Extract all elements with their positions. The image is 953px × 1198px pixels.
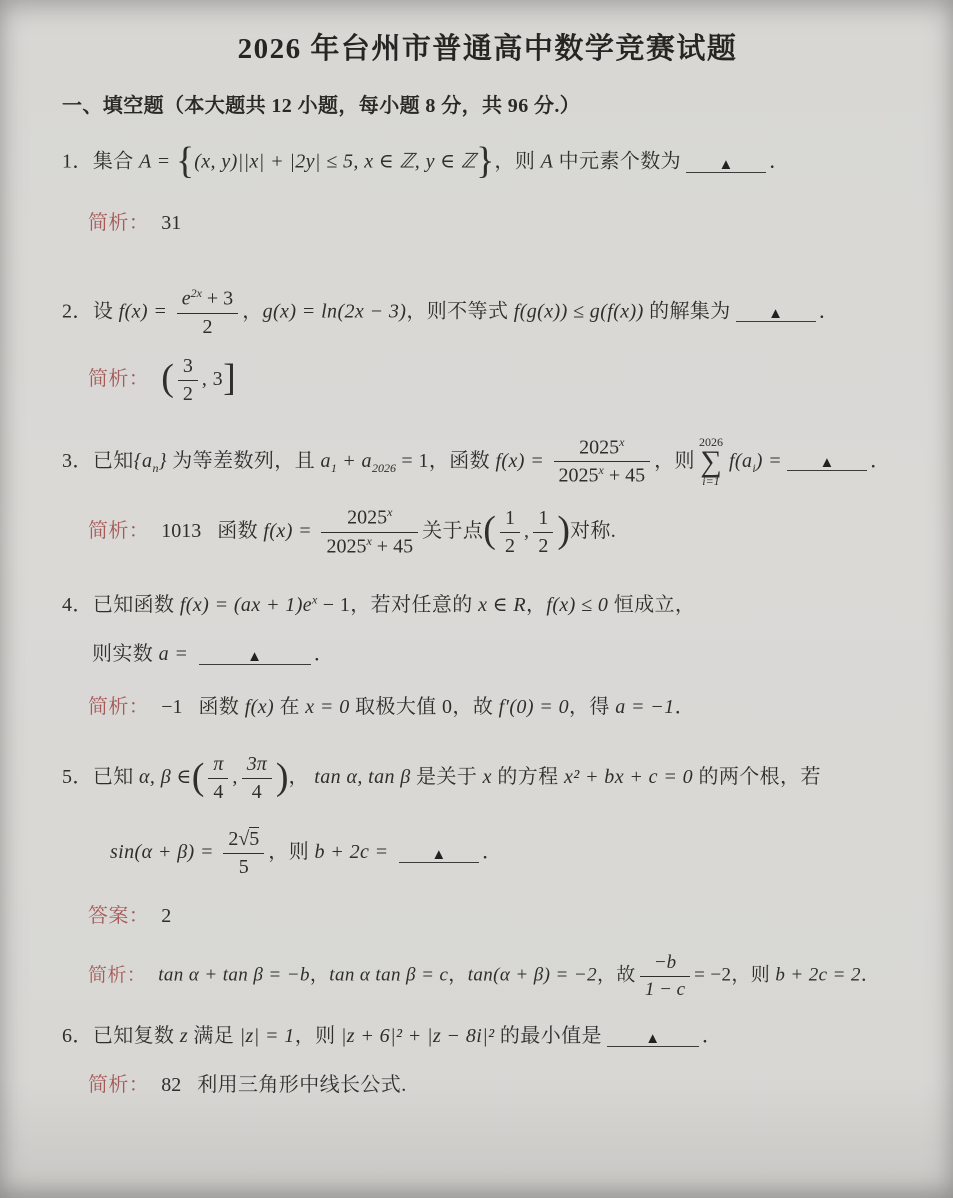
math-expression: 2025 xyxy=(579,436,619,458)
answer-3: 简析：1013函数 f(x) = 2025x2025x + 45关于点(12,1… xyxy=(62,506,913,558)
math-expression: + 3 xyxy=(202,288,233,310)
question-number: 2． xyxy=(62,300,93,322)
math-expression: A xyxy=(541,151,554,173)
question-text: 则实数 xyxy=(92,643,159,665)
analysis-label: 简析： xyxy=(88,965,146,986)
question-text: 集合 xyxy=(93,151,139,173)
answer-blank: ▲ xyxy=(736,301,816,322)
math-expression: sin(α + β) = xyxy=(110,841,219,863)
question-text: 已知函数 xyxy=(93,594,180,616)
question-text: 已知 xyxy=(93,766,139,788)
analysis-text: 对称. xyxy=(570,520,616,542)
analysis-text: 取极大值 0，故 xyxy=(350,696,499,718)
fraction: π4 xyxy=(208,753,228,804)
sum-lower-limit: i=1 xyxy=(702,475,719,487)
math-expression: a xyxy=(320,449,330,471)
math-expression: 2025 xyxy=(559,465,599,487)
denominator: 2025x + 45 xyxy=(321,533,418,559)
denominator: 2 xyxy=(533,533,553,558)
question-4-line2: 则实数 a = ▲． xyxy=(62,637,913,666)
analysis-label: 简析： xyxy=(88,696,149,718)
math-expression: f′(0) = 0 xyxy=(499,696,569,718)
right-paren: ) xyxy=(276,756,289,798)
numerator: 2025x xyxy=(321,506,418,533)
math-expression: + a xyxy=(337,449,372,471)
fraction: 32 xyxy=(178,355,198,406)
question-text: 为等差数列，且 xyxy=(167,449,321,471)
math-expression: f(x) = xyxy=(263,520,317,542)
period: ． xyxy=(819,300,839,322)
math-expression: g(x) = ln(2x − 3) xyxy=(263,300,407,322)
math-expression: = −2 xyxy=(694,965,731,986)
math-expression: = 1 xyxy=(396,449,429,471)
question-text: 中元素个数为 xyxy=(553,151,681,173)
question-3: 3．已知{an} 为等差数列，且 a1 + a2026 = 1，函数 f(x) … xyxy=(62,436,913,488)
question-text: ，则 xyxy=(654,449,695,471)
numerator: −b xyxy=(640,952,690,977)
sigma-symbol: ∑ xyxy=(700,448,721,475)
math-expression: 2025 xyxy=(347,507,387,529)
math-expression: + 45 xyxy=(604,465,645,487)
triangle-marker: ▲ xyxy=(431,847,446,863)
numerator: π xyxy=(208,753,228,779)
period: ． xyxy=(675,696,695,718)
section-header: 一、填空题（本大题共 12 小题，每小题 8 分，共 96 分.） xyxy=(62,89,913,118)
answer-blank: ▲ xyxy=(686,152,766,173)
answer-value: 2 xyxy=(161,905,171,927)
answer-value: 82 xyxy=(161,1074,181,1096)
question-text: 已知 xyxy=(93,449,134,471)
answer-2: 简析：(32, 3] xyxy=(62,355,913,406)
analysis-text: ， xyxy=(448,965,467,986)
question-text: 的解集为 xyxy=(644,300,731,322)
left-paren: ( xyxy=(161,357,174,399)
math-expression: x = 0 xyxy=(305,696,349,718)
math-expression: |z| = 1 xyxy=(240,1025,295,1047)
question-text: 满足 xyxy=(188,1025,240,1047)
math-expression: f(g(x)) ≤ g(f(x)) xyxy=(514,300,644,322)
math-expression: f(a xyxy=(729,449,752,471)
exponent: x xyxy=(619,435,624,449)
answer-5-value: 答案：2 xyxy=(62,899,913,928)
question-number: 6． xyxy=(62,1025,93,1047)
denominator: 2 xyxy=(178,381,198,406)
triangle-marker: ▲ xyxy=(247,649,262,665)
analysis-text: 利用三角形中线长公式. xyxy=(197,1074,406,1096)
left-paren: ( xyxy=(483,509,496,551)
numerator: 1 xyxy=(533,507,553,533)
analysis-text: 函数 xyxy=(198,696,244,718)
subscript: 2026 xyxy=(372,460,396,474)
math-expression: A = xyxy=(139,151,176,173)
math-expression: a = xyxy=(159,643,194,665)
denominator: 2 xyxy=(177,314,239,339)
math-expression: tan α tan β = c xyxy=(329,965,448,986)
question-text: ，若对任意的 xyxy=(350,594,478,616)
numerator: 1 xyxy=(500,507,520,533)
sequence-open: {a xyxy=(134,449,153,471)
fraction: 12 xyxy=(500,507,520,558)
math-expression: f(x) = xyxy=(495,449,549,471)
denominator: 2 xyxy=(500,533,520,558)
question-text: 恒成立， xyxy=(608,594,695,616)
fraction: 12 xyxy=(533,507,553,558)
math-expression: ) = xyxy=(756,449,782,471)
question-text: ，函数 xyxy=(429,449,496,471)
question-text: ，则不等式 xyxy=(406,300,513,322)
math-expression: e xyxy=(182,288,191,310)
question-text: 的最小值是 xyxy=(495,1025,602,1047)
math-expression: tan α, tan β xyxy=(314,766,410,788)
comma: , xyxy=(232,766,237,788)
exam-content: 2026 年台州市普通高中数学竞赛试题 一、填空题（本大题共 12 小题，每小题… xyxy=(0,0,953,1198)
math-expression: α, β ∈ xyxy=(139,766,192,788)
page-title: 2026 年台州市普通高中数学竞赛试题 xyxy=(62,26,913,67)
analysis-label: 简析： xyxy=(88,212,149,234)
answer-6: 简析：82利用三角形中线长公式. xyxy=(62,1068,913,1097)
exponent: 2x xyxy=(191,286,202,300)
math-expression: f(x) = xyxy=(119,300,173,322)
answer-label: 答案： xyxy=(88,905,149,927)
math-expression: a = −1 xyxy=(615,696,674,718)
analysis-text: ，则 xyxy=(731,965,775,986)
question-text: 已知复数 xyxy=(93,1025,180,1047)
analysis-text: ， xyxy=(310,965,329,986)
period: ． xyxy=(482,841,502,863)
answer-blank: ▲ xyxy=(607,1026,699,1047)
numerator: 3 xyxy=(178,355,198,381)
denominator: 5 xyxy=(223,854,264,879)
question-1: 1．集合 A = {(x, y)||x| + |2y| ≤ 5, x ∈ ℤ, … xyxy=(62,144,913,182)
answer-blank: ▲ xyxy=(399,842,479,863)
analysis-label: 简析： xyxy=(88,1074,149,1096)
period: ． xyxy=(314,643,334,665)
answer-blank: ▲ xyxy=(199,644,311,665)
denominator: 1 − c xyxy=(640,977,690,1001)
math-expression: 2025 xyxy=(326,535,366,557)
analysis-text: 在 xyxy=(274,696,305,718)
analysis-text: ，得 xyxy=(569,696,615,718)
answer-value: 1013 xyxy=(161,520,201,542)
math-expression: tan α + tan β = −b xyxy=(158,965,310,986)
left-paren: ( xyxy=(192,756,205,798)
math-expression: f(x) = (ax + 1)e xyxy=(180,594,312,616)
fraction: 2025x2025x + 45 xyxy=(321,506,418,558)
right-brace: } xyxy=(476,140,494,182)
set-body: (x, y)||x| + |2y| ≤ 5, x ∈ ℤ, y ∈ ℤ xyxy=(194,151,476,173)
analysis-label: 简析： xyxy=(88,520,149,542)
answer-4: 简析：−1函数 f(x) 在 x = 0 取极大值 0，故 f′(0) = 0，… xyxy=(62,690,913,719)
question-number: 3． xyxy=(62,449,93,471)
math-expression: + 45 xyxy=(372,535,413,557)
radical-sign: √ xyxy=(238,828,249,850)
math-expression: x ∈ R xyxy=(478,594,526,616)
answer-value: −1 xyxy=(161,696,182,718)
question-text: 是关于 xyxy=(411,766,483,788)
question-6: 6．已知复数 z 满足 |z| = 1，则 |z + 6|² + |z − 8i… xyxy=(62,1019,913,1048)
denominator: 2025x + 45 xyxy=(554,462,651,488)
exam-paper-photo: 2026 年台州市普通高中数学竞赛试题 一、填空题（本大题共 12 小题，每小题… xyxy=(0,0,953,1198)
triangle-marker: ▲ xyxy=(819,455,834,471)
exponent: x xyxy=(387,505,392,519)
answer-value: , 3 xyxy=(202,368,223,390)
question-number: 1． xyxy=(62,151,93,173)
question-2: 2．设 f(x) = e2x + 32，g(x) = ln(2x − 3)，则不… xyxy=(62,287,913,339)
sequence-close: } xyxy=(158,449,166,471)
analysis-text: 关于点 xyxy=(422,520,483,542)
comma: , xyxy=(524,520,529,542)
question-text: ，则 xyxy=(268,841,314,863)
fraction: 2√55 xyxy=(223,828,264,879)
question-text: ， xyxy=(526,594,546,616)
period: ． xyxy=(870,449,890,471)
math-expression: b + 2c = xyxy=(315,841,394,863)
question-number: 5． xyxy=(62,766,93,788)
fraction: −b1 − c xyxy=(640,952,690,1001)
question-5-line2: sin(α + β) = 2√55，则 b + 2c = ▲． xyxy=(62,828,913,879)
summation: 2026∑i=1 xyxy=(699,436,723,487)
comma: ， xyxy=(242,300,262,322)
triangle-marker: ▲ xyxy=(718,157,733,173)
analysis-label: 简析： xyxy=(88,368,149,390)
triangle-marker: ▲ xyxy=(645,1031,660,1047)
coefficient: 2 xyxy=(228,828,238,850)
numerator: 2025x xyxy=(554,436,651,463)
fraction: 2025x2025x + 45 xyxy=(554,436,651,488)
math-expression: b + 2c = 2 xyxy=(775,965,861,986)
math-expression: f(x) ≤ 0 xyxy=(546,594,608,616)
numerator: 2√5 xyxy=(223,828,264,854)
fraction: 3π4 xyxy=(242,753,272,804)
analysis-text: 函数 xyxy=(217,520,263,542)
question-number: 4． xyxy=(62,594,93,616)
math-expression: − 1 xyxy=(317,594,350,616)
period: ． xyxy=(769,151,789,173)
triangle-marker: ▲ xyxy=(768,306,783,322)
answer-value: 31 xyxy=(161,212,181,234)
math-expression: x² + bx + c = 0 xyxy=(564,766,693,788)
question-text: ，则 xyxy=(494,151,540,173)
analysis-text: ，故 xyxy=(597,965,636,986)
period: ． xyxy=(702,1025,722,1047)
question-text: 的两个根，若 xyxy=(693,766,821,788)
radicand: 5 xyxy=(249,827,259,850)
question-text: ，则 xyxy=(295,1025,341,1047)
math-expression: f(x) xyxy=(245,696,274,718)
right-paren: ) xyxy=(557,509,570,551)
fraction: e2x + 32 xyxy=(177,287,239,339)
period: ． xyxy=(861,965,880,986)
numerator: e2x + 3 xyxy=(177,287,239,314)
math-expression: z xyxy=(180,1025,188,1047)
answer-5-analysis: 简析：tan α + tan β = −b，tan α tan β = c，ta… xyxy=(62,952,913,1001)
denominator: 4 xyxy=(242,779,272,804)
question-text: ， xyxy=(288,766,314,788)
question-text: 设 xyxy=(93,300,119,322)
question-5-line1: 5．已知 α, β ∈(π4,3π4)， tan α, tan β 是关于 x … xyxy=(62,753,913,804)
left-brace: { xyxy=(176,140,194,182)
right-bracket: ] xyxy=(223,357,236,399)
math-expression: |z + 6|² + |z − 8i|² xyxy=(341,1025,495,1047)
numerator: 3π xyxy=(242,753,272,779)
math-expression: x xyxy=(483,766,492,788)
question-text: 的方程 xyxy=(492,766,564,788)
denominator: 4 xyxy=(208,779,228,804)
question-4-line1: 4．已知函数 f(x) = (ax + 1)ex − 1，若对任意的 x ∈ R… xyxy=(62,588,913,617)
answer-1: 简析：31 xyxy=(62,206,913,235)
math-expression: tan(α + β) = −2 xyxy=(468,965,597,986)
answer-blank: ▲ xyxy=(787,450,867,471)
